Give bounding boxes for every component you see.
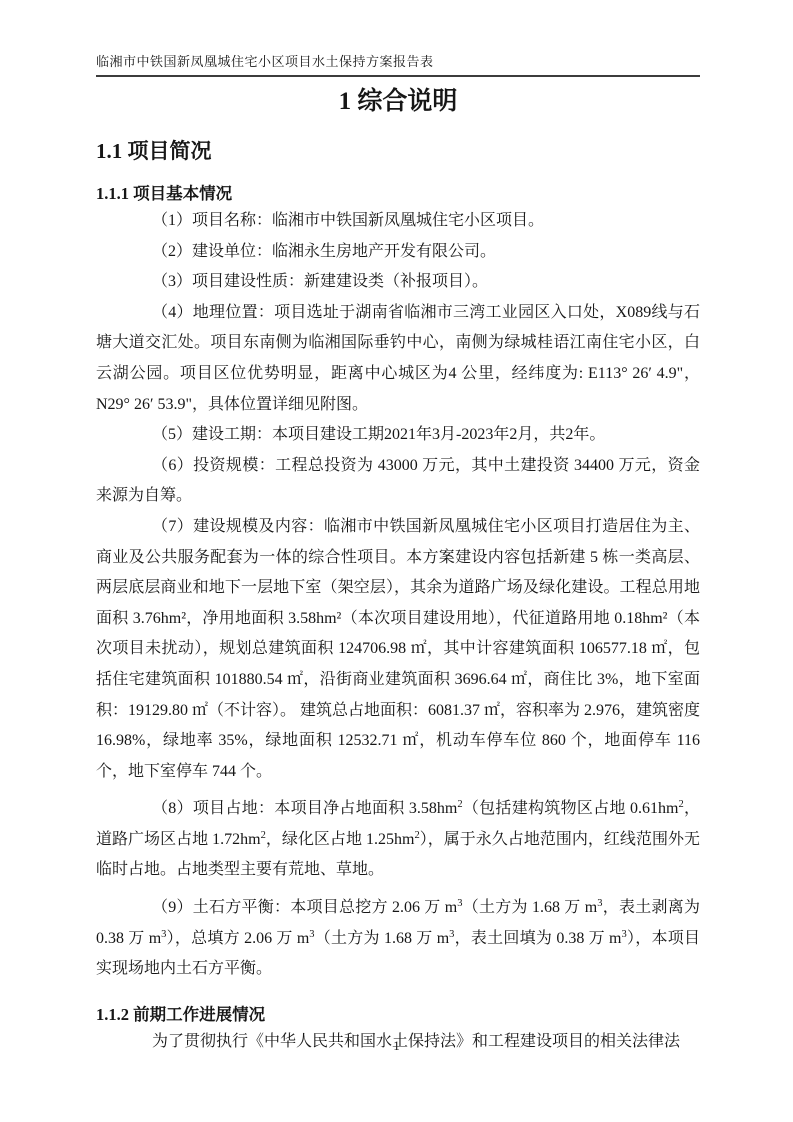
text-segment: ，表土回填为 0.38 万 m xyxy=(454,930,621,947)
item-8-land-occupation: （8）项目占地：本项目净占地面积 3.58hm2（包括建构筑物区占地 0.61h… xyxy=(96,794,700,886)
page-footer: 1 xyxy=(0,1038,793,1054)
page-number: 1 xyxy=(393,1038,400,1053)
document-blocks: 1.1 项目简况1.1.1 项目基本情况（1）项目名称：临湘市中铁国新凤凰城住宅… xyxy=(96,138,700,1057)
text-segment: （7）建设规模及内容：临湘市中铁国新凤凰城住宅小区项目打造居住为主、商业及公共服… xyxy=(96,518,700,780)
section-1-1-2-heading: 1.1.2 前期工作进展情况 xyxy=(96,1004,700,1026)
item-3-project-nature: （3）项目建设性质：新建建设类（补报项目）。 xyxy=(96,267,700,298)
text-segment: （土方为 1.68 万 m xyxy=(463,899,598,916)
page-header-text: 临湘市中铁国新凤凰城住宅小区项目水土保持方案报告表 xyxy=(96,54,434,69)
text-segment: ，绿化区占地 1.25hm xyxy=(266,831,415,848)
section-1-1-1-heading: 1.1.1 项目基本情况 xyxy=(96,183,700,205)
text-segment: （5）建设工期：本项目建设工期2021年3月-2023年2月，共2年。 xyxy=(152,426,605,443)
page-header: 临湘市中铁国新凤凰城住宅小区项目水土保持方案报告表 xyxy=(96,53,700,77)
item-5-construction-period: （5）建设工期：本项目建设工期2021年3月-2023年2月，共2年。 xyxy=(96,420,700,451)
text-segment: （包括建构筑物区占地 0.61hm xyxy=(463,800,679,817)
text-segment: （2）建设单位：临湘永生房地产开发有限公司。 xyxy=(152,243,496,260)
text-segment: （9）土石方平衡：本项目总挖方 2.06 万 m xyxy=(152,899,457,916)
text-segment: （8）项目占地：本项目净占地面积 3.58hm xyxy=(152,800,457,817)
item-2-construction-unit: （2）建设单位：临湘永生房地产开发有限公司。 xyxy=(96,237,700,268)
item-4-location: （4）地理位置：项目选址于湖南省临湘市三湾工业园区入口处，X089线与石塘大道交… xyxy=(96,298,700,420)
document-page: 临湘市中铁国新凤凰城住宅小区项目水土保持方案报告表 1 综合说明 1.1 项目简… xyxy=(0,0,793,1122)
chapter-title: 1 综合说明 xyxy=(96,86,700,118)
item-9-earthwork-balance: （9）土石方平衡：本项目总挖方 2.06 万 m3（土方为 1.68 万 m3，… xyxy=(96,893,700,985)
item-7-scale-and-content: （7）建设规模及内容：临湘市中铁国新凤凰城住宅小区项目打造居住为主、商业及公共服… xyxy=(96,512,700,787)
text-segment: （1）项目名称：临湘市中铁国新凤凰城住宅小区项目。 xyxy=(152,212,544,229)
section-1-1-heading: 1.1 项目简况 xyxy=(96,138,700,164)
text-segment: （3）项目建设性质：新建建设类（补报项目）。 xyxy=(152,273,488,290)
document-body: 1 综合说明 1.1 项目简况1.1.1 项目基本情况（1）项目名称：临湘市中铁… xyxy=(96,84,700,1057)
item-6-investment: （6）投资规模：工程总投资为 43000 万元，其中土建投资 34400 万元，… xyxy=(96,451,700,512)
text-segment: （土方为 1.68 万 m xyxy=(315,930,450,947)
item-1-project-name: （1）项目名称：临湘市中铁国新凤凰城住宅小区项目。 xyxy=(96,206,700,237)
text-segment: （4）地理位置：项目选址于湖南省临湘市三湾工业园区入口处，X089线与石塘大道交… xyxy=(96,304,700,413)
text-segment: ），总填方 2.06 万 m xyxy=(166,930,309,947)
text-segment: （6）投资规模：工程总投资为 43000 万元，其中土建投资 34400 万元，… xyxy=(96,457,700,505)
